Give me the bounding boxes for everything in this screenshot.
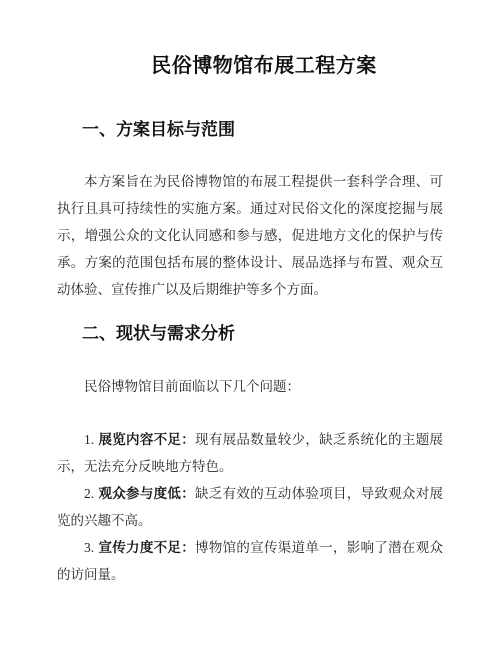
document-title: 民俗博物馆布展工程方案 bbox=[57, 52, 443, 80]
section-2-intro: 民俗博物馆目前面临以下几个问题： bbox=[57, 373, 443, 400]
item-2-label: 观众参与度低： bbox=[98, 486, 195, 501]
section-1-heading: 一、方案目标与范围 bbox=[57, 118, 443, 142]
section-1-paragraph: 本方案旨在为民俗博物馆的布展工程提供一套科学合理、可执行且具可持续性的实施方案。… bbox=[57, 168, 443, 303]
document-page: 民俗博物馆布展工程方案 一、方案目标与范围 本方案旨在为民俗博物馆的布展工程提供… bbox=[0, 0, 500, 647]
item-3-label: 宣传力度不足： bbox=[98, 540, 195, 555]
issue-list: 1.展览内容不足：现有展品数量较少，缺乏系统化的主题展示，无法充分反映地方特色。… bbox=[57, 426, 443, 588]
list-item-1: 1.展览内容不足：现有展品数量较少，缺乏系统化的主题展示，无法充分反映地方特色。 bbox=[57, 426, 443, 480]
item-1-number: 1. bbox=[84, 432, 94, 447]
list-item-3: 3.宣传力度不足：博物馆的宣传渠道单一，影响了潜在观众的访问量。 bbox=[57, 534, 443, 588]
item-3-number: 3. bbox=[84, 540, 94, 555]
section-2-heading: 二、现状与需求分析 bbox=[57, 322, 443, 346]
list-item-2: 2.观众参与度低：缺乏有效的互动体验项目，导致观众对展览的兴趣不高。 bbox=[57, 480, 443, 534]
item-1-label: 展览内容不足： bbox=[98, 432, 195, 447]
item-2-number: 2. bbox=[84, 486, 94, 501]
